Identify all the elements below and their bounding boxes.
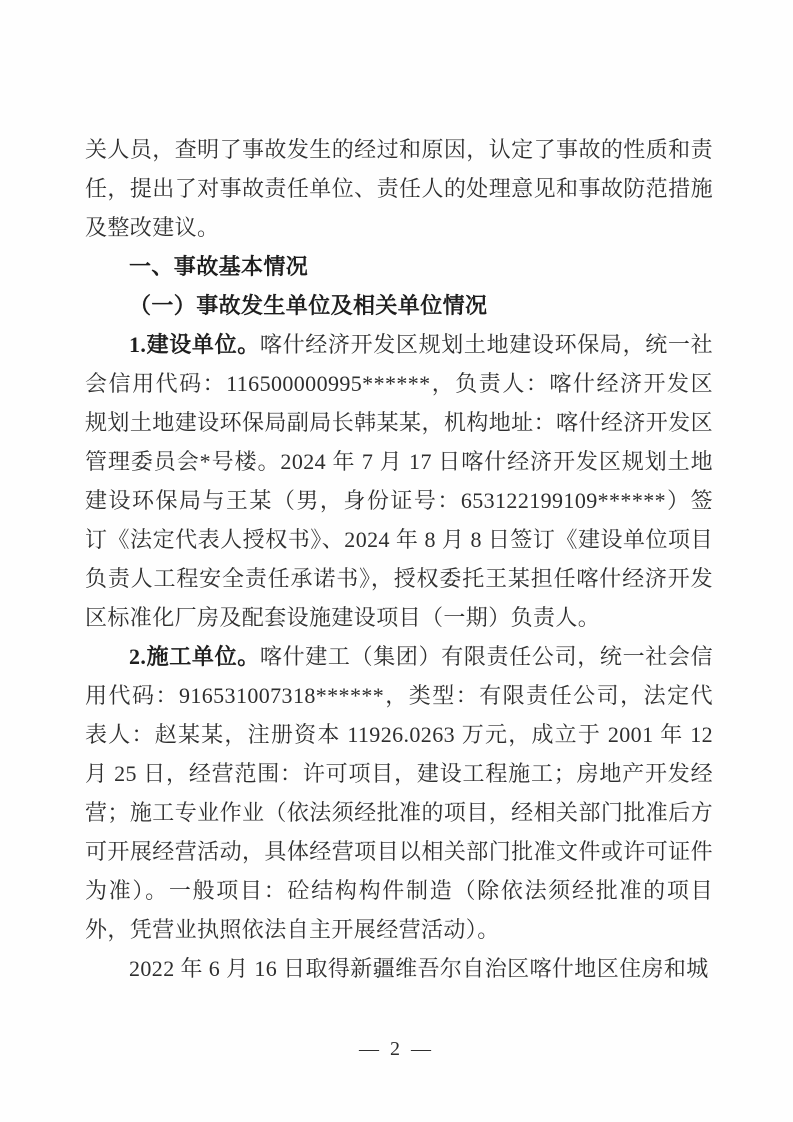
page-number: — 2 — xyxy=(0,1038,793,1061)
section-heading-accident-basic-info: 一、事故基本情况 xyxy=(85,247,713,286)
paragraph-continuation: 关人员，查明了事故发生的经过和原因，认定了事故的性质和责任，提出了对事故责任单位… xyxy=(85,130,713,247)
document-text: 关人员，查明了事故发生的经过和原因，认定了事故的性质和责任，提出了对事故责任单位… xyxy=(85,130,713,988)
paragraph-contractor-unit-text: 喀什建工（集团）有限责任公司，统一社会信用代码：916531007318****… xyxy=(85,644,713,942)
scanned-document-page: 关人员，查明了事故发生的经过和原因，认定了事故的性质和责任，提出了对事故责任单位… xyxy=(0,0,793,1122)
subsection-heading-units-involved: （一）事故发生单位及相关单位情况 xyxy=(85,286,713,325)
paragraph-construction-unit: 1.建设单位。喀什经济开发区规划土地建设环保局，统一社会信用代码：1165000… xyxy=(85,325,713,637)
paragraph-contractor-unit-lead: 2.施工单位。 xyxy=(129,644,260,669)
paragraph-construction-unit-lead: 1.建设单位。 xyxy=(129,332,260,357)
paragraph-contractor-unit: 2.施工单位。喀什建工（集团）有限责任公司，统一社会信用代码：916531007… xyxy=(85,637,713,949)
paragraph-license-obtained: 2022 年 6 月 16 日取得新疆维吾尔自治区喀什地区住房和城 xyxy=(85,949,713,988)
paragraph-construction-unit-text: 喀什经济开发区规划土地建设环保局，统一社会信用代码：116500000995**… xyxy=(85,332,713,630)
